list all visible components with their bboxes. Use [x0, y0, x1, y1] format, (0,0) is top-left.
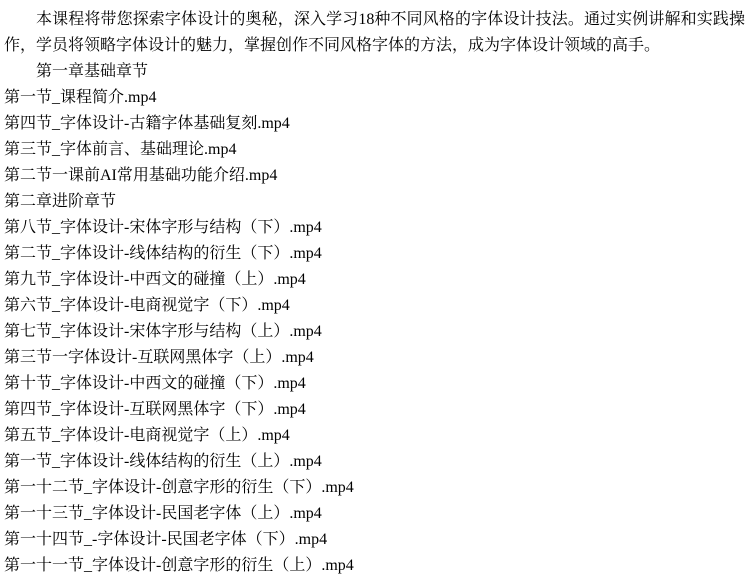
video-file-item: 第四节_字体设计-互联网黑体字（下）.mp4 — [4, 397, 745, 423]
video-file-item: 第六节_字体设计-电商视觉字（下）.mp4 — [4, 293, 745, 319]
video-file-item: 第八节_字体设计-宋体字形与结构（下）.mp4 — [4, 215, 745, 241]
chapter-items: 第一节_课程简介.mp4 第四节_字体设计-古籍字体基础复刻.mp4 第三节_字… — [4, 85, 745, 189]
video-file-item: 第九节_字体设计-中西文的碰撞（上）.mp4 — [4, 267, 745, 293]
video-file-item: 第三节一字体设计-互联网黑体字（上）.mp4 — [4, 345, 745, 371]
chapter-list: 第一章基础章节 第一节_课程简介.mp4 第四节_字体设计-古籍字体基础复刻.m… — [4, 59, 745, 579]
video-file-item: 第二节_字体设计-线体结构的衍生（下）.mp4 — [4, 241, 745, 267]
video-file-item: 第一十四节_-字体设计-民国老字体（下）.mp4 — [4, 527, 745, 553]
chapter-items: 第八节_字体设计-宋体字形与结构（下）.mp4 第二节_字体设计-线体结构的衍生… — [4, 215, 745, 579]
video-file-item: 第一十一节_字体设计-创意字形的衍生（上）.mp4 — [4, 553, 745, 579]
course-description-document: 本课程将带您探索字体设计的奥秘，深入学习18种不同风格的字体设计技法。通过实例讲… — [0, 0, 750, 579]
video-file-item: 第一节_字体设计-线体结构的衍生（上）.mp4 — [4, 449, 745, 475]
video-file-item: 第四节_字体设计-古籍字体基础复刻.mp4 — [4, 111, 745, 137]
video-file-item: 第一十二节_字体设计-创意字形的衍生（下）.mp4 — [4, 475, 745, 501]
video-file-item: 第一十三节_字体设计-民国老字体（上）.mp4 — [4, 501, 745, 527]
video-file-item: 第一节_课程简介.mp4 — [4, 85, 745, 111]
video-file-item: 第三节_字体前言、基础理论.mp4 — [4, 137, 745, 163]
video-file-item: 第十节_字体设计-中西文的碰撞（下）.mp4 — [4, 371, 745, 397]
chapter-title: 第二章进阶章节 — [4, 189, 745, 215]
course-intro-paragraph: 本课程将带您探索字体设计的奥秘，深入学习18种不同风格的字体设计技法。通过实例讲… — [4, 7, 745, 59]
video-file-item: 第二节一课前AI常用基础功能介绍.mp4 — [4, 163, 745, 189]
video-file-item: 第七节_字体设计-宋体字形与结构（上）.mp4 — [4, 319, 745, 345]
chapter-title: 第一章基础章节 — [4, 59, 745, 85]
chapter-section: 第二章进阶章节 第八节_字体设计-宋体字形与结构（下）.mp4 第二节_字体设计… — [4, 189, 745, 579]
video-file-item: 第五节_字体设计-电商视觉字（上）.mp4 — [4, 423, 745, 449]
chapter-section: 第一章基础章节 第一节_课程简介.mp4 第四节_字体设计-古籍字体基础复刻.m… — [4, 59, 745, 189]
